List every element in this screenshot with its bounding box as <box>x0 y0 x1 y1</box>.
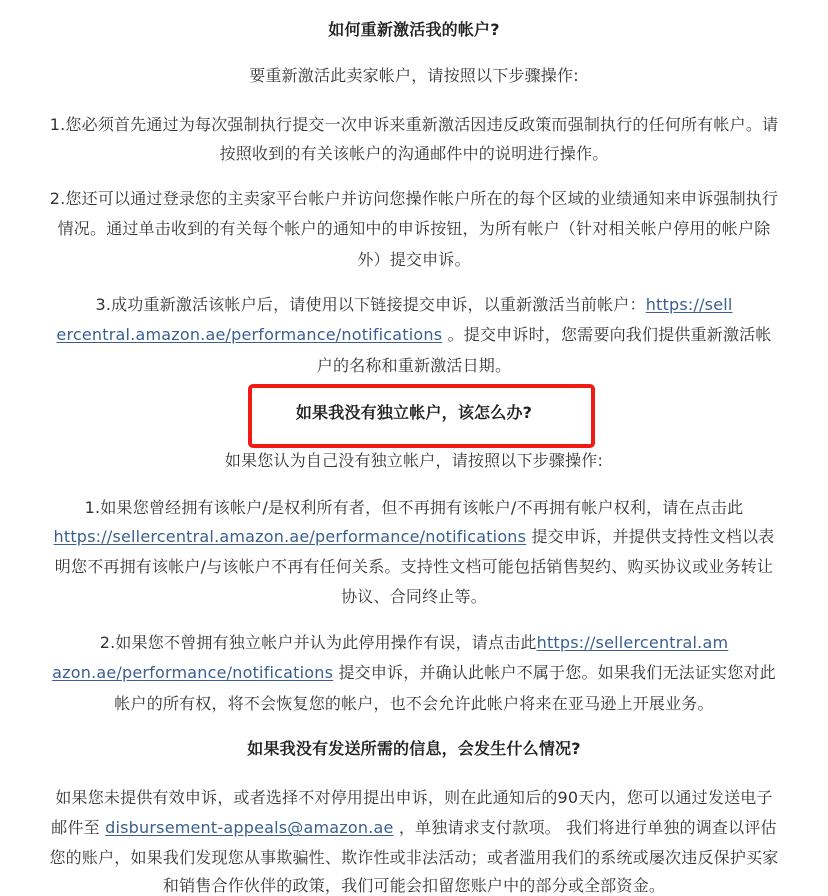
heading-no-independent-account: 如果我没有独立帐户，该怎么办? <box>0 403 828 423</box>
missing-info-line3: 您的账户，如果我们发现您从事欺骗性、欺诈性或非法活动；或者滥用我们的系统或屡次违… <box>0 848 828 868</box>
missing-info-line4: 和销售合作伙伴的政策，我们可能会扣留您账户中的部分或全部资金。 <box>0 876 828 896</box>
no-account-step2-line1: 2.如果您不曾拥有独立帐户并认为此停用操作有误，请点击此https://sell… <box>0 633 828 653</box>
missing-info-line2: 邮件至 disbursement-appeals@amazon.ae ，单独请求… <box>0 818 828 838</box>
reactivate-step2-line1: 2.您还可以通过登录您的主卖家平台帐户并访问您操作帐户所在的每个区域的业绩通知来… <box>0 189 828 209</box>
document-body: 如何重新激活我的帐户? 要重新激活此卖家帐户，请按照以下步骤操作: 1.您必须首… <box>0 0 828 896</box>
performance-notifications-link-2[interactable]: https://sellercentral.amazon.ae/performa… <box>54 527 527 546</box>
disbursement-appeals-email-link[interactable]: disbursement-appeals@amazon.ae <box>105 818 393 837</box>
no-account-step1-line4: 协议、合同终止等。 <box>0 587 828 607</box>
performance-notifications-link-3-cont[interactable]: azon.ae/performance/notifications <box>52 663 333 682</box>
reactivate-step3-line1: 3.成功重新激活该帐户后，请使用以下链接提交申诉，以重新激活当前帐户：https… <box>0 295 828 315</box>
no-account-step2-text: 2.如果您不曾拥有独立帐户并认为此停用操作有误，请点击此 <box>100 633 537 652</box>
reactivate-step2-line2: 情况。通过单击收到的有关每个帐户的通知中的申诉按钮，为所有帐户（针对相关帐户停用… <box>0 219 828 239</box>
performance-notifications-link-3[interactable]: https://sellercentral.am <box>537 633 729 652</box>
reactivate-step1-line2: 按照收到的有关该帐户的沟通邮件中的说明进行操作。 <box>0 144 828 164</box>
no-account-intro: 如果您认为自己没有独立帐户，请按照以下步骤操作: <box>0 451 828 471</box>
no-account-step1-line1: 1.如果您曾经拥有该帐户/是权利所有者，但不再拥有该帐户/不再拥有帐户权利，请在… <box>0 498 828 518</box>
reactivate-step3-line2: ercentral.amazon.ae/performance/notifica… <box>0 325 828 345</box>
missing-info-text-before: 邮件至 <box>51 818 105 837</box>
no-account-step2-line3: 帐户的所有权，将不会恢复您的帐户，也不会允许此帐户将来在亚马逊上开展业务。 <box>0 694 828 714</box>
performance-notifications-link-cont[interactable]: ercentral.amazon.ae/performance/notifica… <box>56 325 442 344</box>
heading-missing-info: 如果我没有发送所需的信息，会发生什么情况? <box>0 739 828 759</box>
no-account-step1-line2: https://sellercentral.amazon.ae/performa… <box>0 527 828 547</box>
performance-notifications-link[interactable]: https://sell <box>646 295 733 314</box>
no-account-step1-line3: 明您不再拥有该帐户/与该帐户不再有任何关系。支持性文档可能包括销售契约、购买协议… <box>0 557 828 577</box>
reactivate-step1-line1: 1.您必须首先通过为每次强制执行提交一次申诉来重新激活因违反政策而强制执行的任何… <box>0 115 828 135</box>
no-account-step2-line2: azon.ae/performance/notifications 提交申诉，并… <box>0 663 828 683</box>
reactivate-step3-text-cont: 。提交申诉时，您需要向我们提供重新激活帐 <box>442 325 771 344</box>
no-account-step1-text: 提交申诉，并提供支持性文档以表 <box>526 527 774 546</box>
reactivate-step3-line3: 户的名称和重新激活日期。 <box>0 356 828 376</box>
missing-info-line1: 如果您未提供有效申诉，或者选择不对停用提出申诉，则在此通知后的90天内，您可以通… <box>0 788 828 808</box>
heading-reactivate: 如何重新激活我的帐户? <box>0 20 828 40</box>
no-account-step2-text-cont: 提交申诉，并确认此帐户不属于您。如果我们无法证实您对此 <box>333 663 776 682</box>
reactivate-intro: 要重新激活此卖家帐户，请按照以下步骤操作: <box>0 66 828 86</box>
reactivate-step2-line3: 外）提交申诉。 <box>0 250 828 270</box>
missing-info-text-after: ，单独请求支付款项。 我们将进行单独的调查以评估 <box>394 818 777 837</box>
reactivate-step3-text: 3.成功重新激活该帐户后，请使用以下链接提交申诉，以重新激活当前帐户： <box>95 295 645 314</box>
